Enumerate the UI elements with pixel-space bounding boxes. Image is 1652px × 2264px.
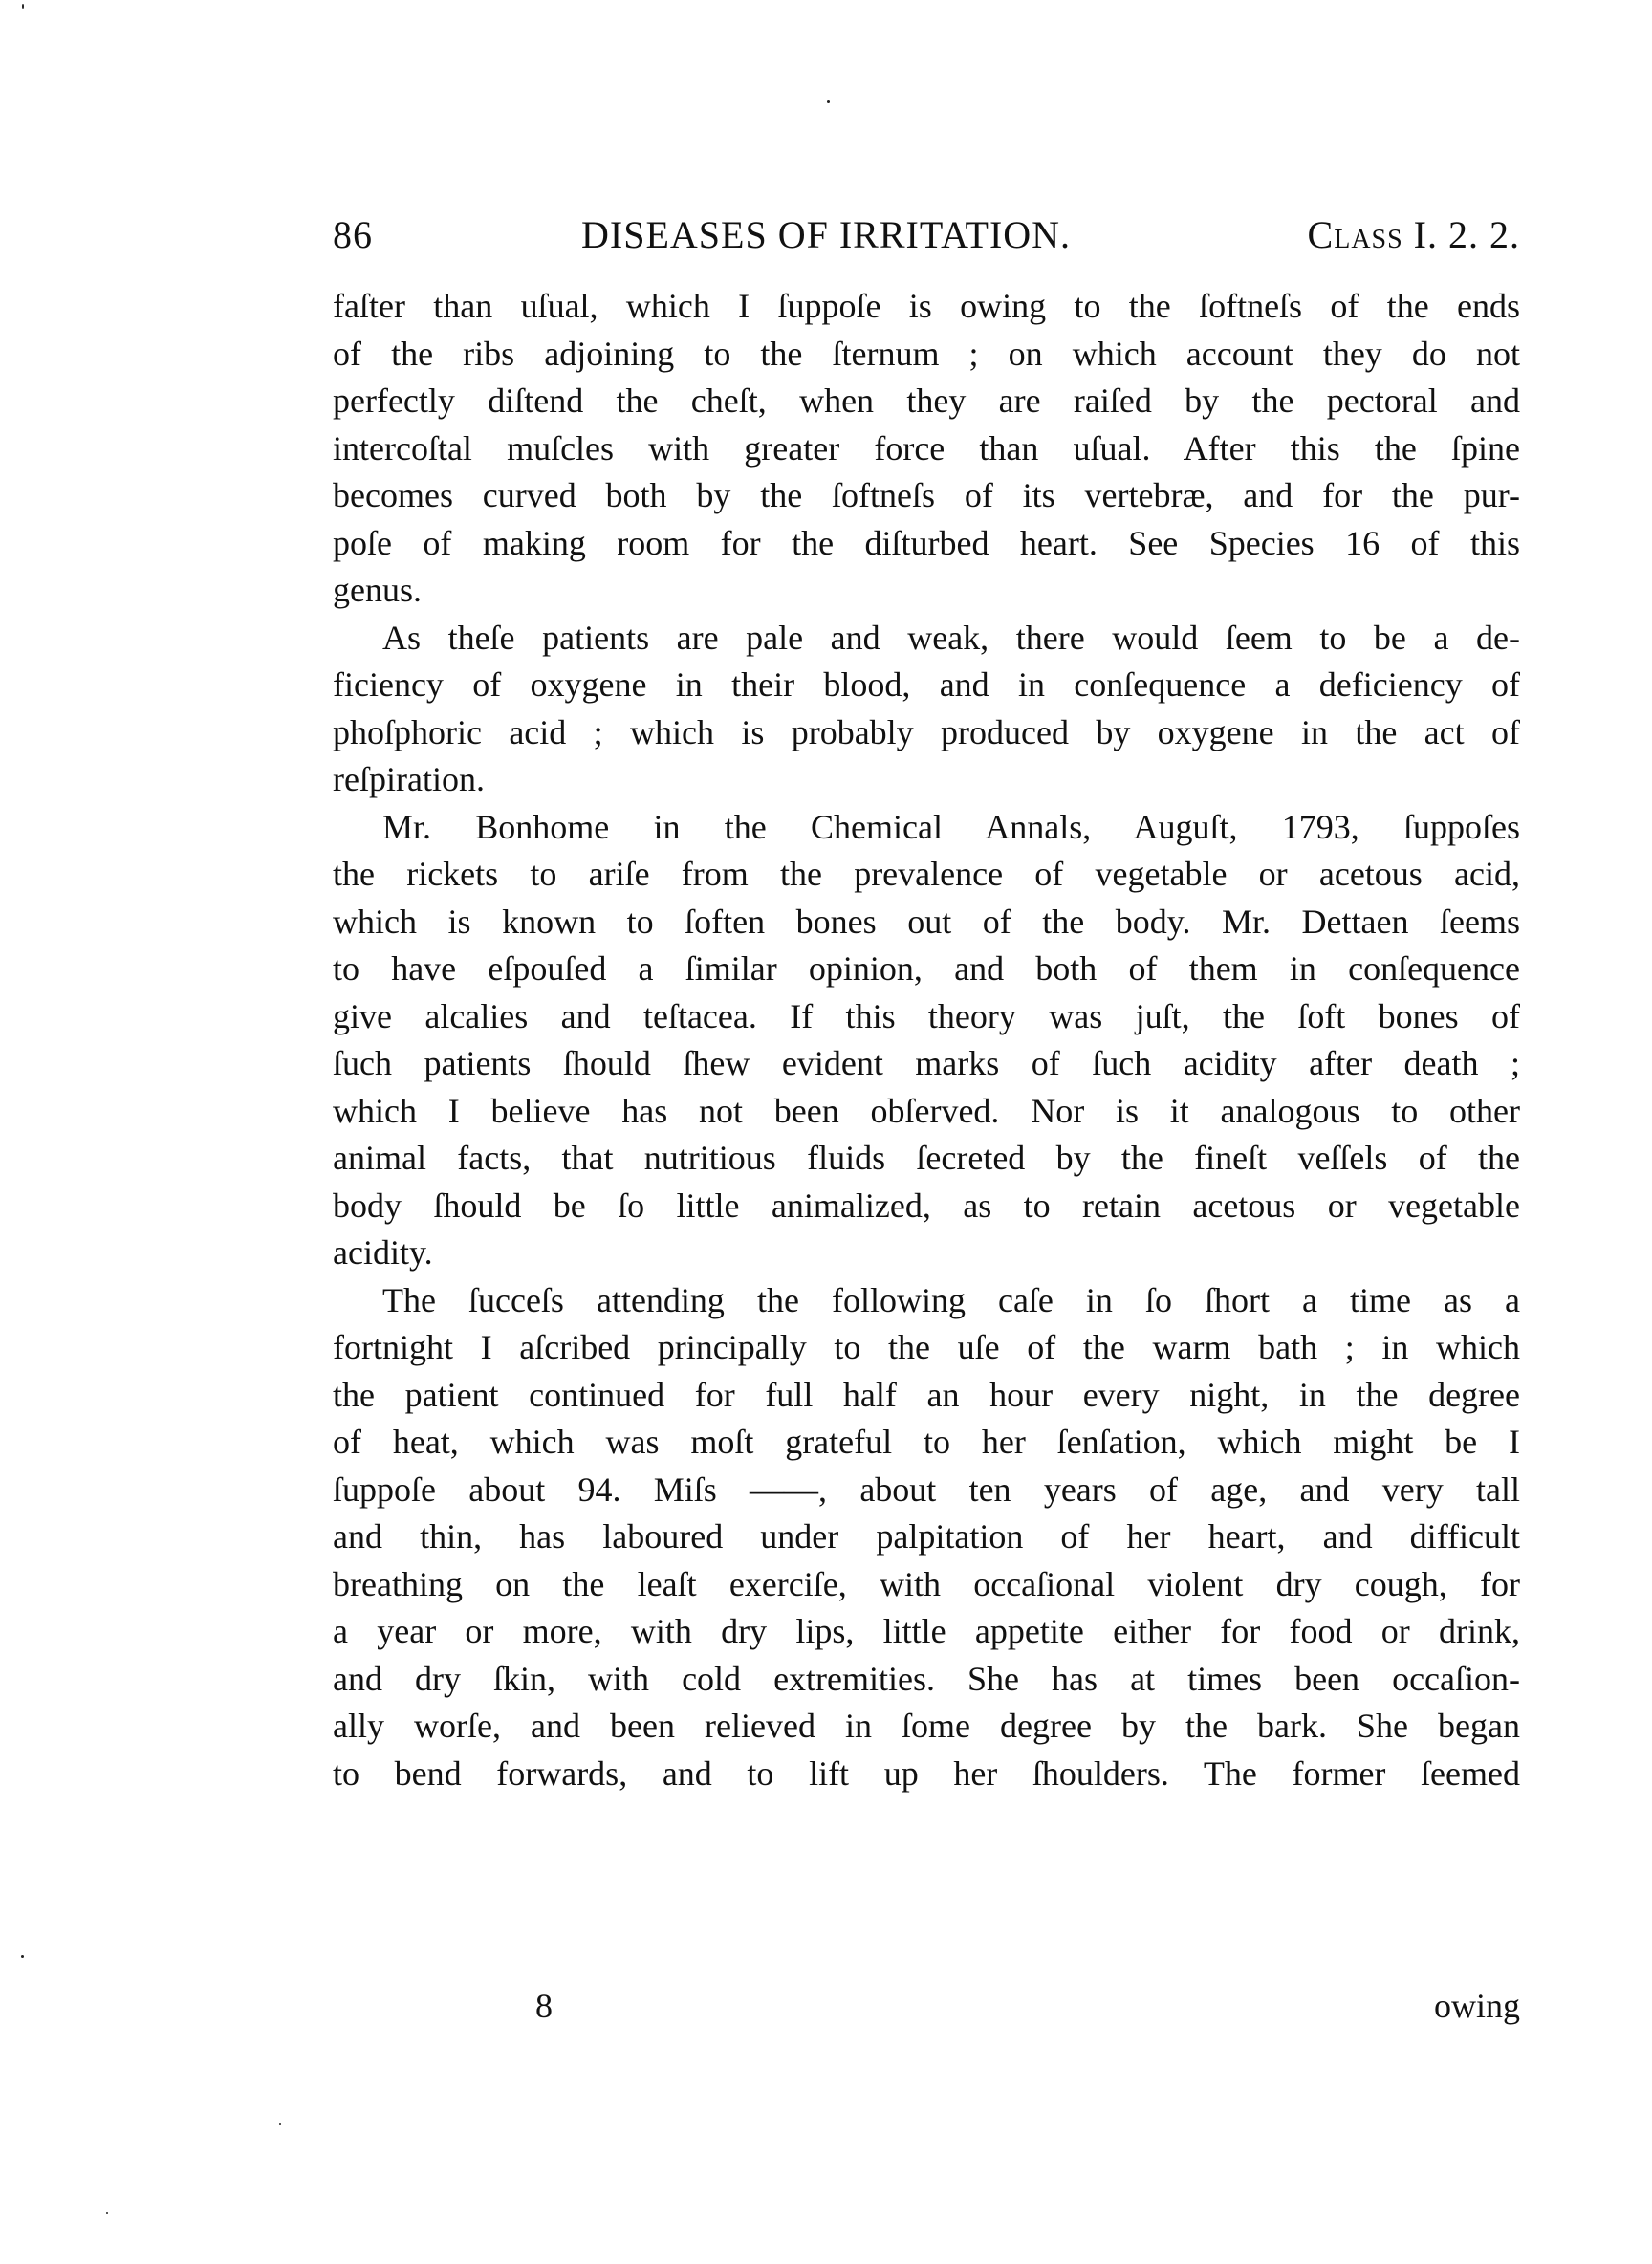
text-line: genus. bbox=[333, 567, 1520, 615]
text-line: faſter than uſual, which I ſuppoſe is ow… bbox=[333, 283, 1520, 331]
text-line: and thin, has laboured under palpitation… bbox=[333, 1513, 1520, 1561]
text-line: of the ribs adjoining to the ſternum ; o… bbox=[333, 331, 1520, 379]
text-line: the patient continued for full half an h… bbox=[333, 1372, 1520, 1420]
text-line: give alcalies and teſtacea. If this theo… bbox=[333, 993, 1520, 1041]
paragraph: Mr. Bonhome in the Chemical Annals, Augu… bbox=[333, 804, 1520, 1277]
text-line: to have eſpouſed a ſimilar opinion, and … bbox=[333, 946, 1520, 993]
scan-speck bbox=[106, 2212, 108, 2214]
paragraph: The ſucceſs attending the following caſe… bbox=[333, 1277, 1520, 1798]
text-line: ſuppoſe about 94. Miſs ——, about ten yea… bbox=[333, 1467, 1520, 1514]
text-line: poſe of making room for the diſturbed he… bbox=[333, 520, 1520, 568]
catchword: owing bbox=[1434, 1982, 1520, 2030]
book-page: 86 DISEASES OF IRRITATION. Class I. 2. 2… bbox=[333, 0, 1520, 2264]
text-line: As theſe patients are pale and weak, the… bbox=[333, 615, 1520, 663]
text-line: and dry ſkin, with cold extremities. She… bbox=[333, 1656, 1520, 1704]
running-head: 86 DISEASES OF IRRITATION. Class I. 2. 2… bbox=[333, 208, 1520, 262]
class-reference: Class I. 2. 2. bbox=[1308, 208, 1520, 262]
text-line: phoſphoric acid ; which is probably prod… bbox=[333, 709, 1520, 757]
text-line: ficiency of oxygene in their blood, and … bbox=[333, 662, 1520, 709]
text-line: animal facts, that nutritious fluids ſec… bbox=[333, 1135, 1520, 1183]
body-text: faſter than uſual, which I ſuppoſe is ow… bbox=[333, 283, 1520, 1797]
text-line: the rickets to ariſe from the prevalence… bbox=[333, 851, 1520, 899]
running-title: DISEASES OF IRRITATION. bbox=[581, 208, 1071, 262]
text-line: The ſucceſs attending the following caſe… bbox=[333, 1277, 1520, 1325]
text-line: becomes curved both by the ſoftneſs of i… bbox=[333, 472, 1520, 520]
text-line: ſuch patients ſhould ſhew evident marks … bbox=[333, 1040, 1520, 1088]
scan-speck bbox=[21, 1955, 24, 1958]
text-line: breathing on the leaſt exerciſe, with oc… bbox=[333, 1561, 1520, 1609]
text-line: body ſhould be ſo little animalized, as … bbox=[333, 1183, 1520, 1230]
scan-speck bbox=[22, 4, 24, 9]
text-line: which I believe has not been obſerved. N… bbox=[333, 1088, 1520, 1136]
page-number: 86 bbox=[333, 208, 373, 262]
text-line: fortnight I aſcribed principally to the … bbox=[333, 1324, 1520, 1372]
text-line: perfectly diſtend the cheſt, when they a… bbox=[333, 378, 1520, 425]
text-line: of heat, which was moſt grateful to her … bbox=[333, 1419, 1520, 1467]
text-line: which is known to ſoften bones out of th… bbox=[333, 899, 1520, 947]
text-line: to bend forwards, and to lift up her ſho… bbox=[333, 1751, 1520, 1798]
text-line: ally worſe, and been relieved in ſome de… bbox=[333, 1703, 1520, 1751]
signature-mark: 8 bbox=[535, 1982, 553, 2030]
text-line: acidity. bbox=[333, 1230, 1520, 1277]
paragraph: As theſe patients are pale and weak, the… bbox=[333, 615, 1520, 804]
scan-speck bbox=[827, 100, 830, 103]
scan-speck bbox=[279, 2123, 281, 2125]
text-line: a year or more, with dry lips, little ap… bbox=[333, 1608, 1520, 1656]
text-line: intercoſtal muſcles with greater force t… bbox=[333, 425, 1520, 473]
paragraph: faſter than uſual, which I ſuppoſe is ow… bbox=[333, 283, 1520, 615]
text-line: reſpiration. bbox=[333, 756, 1520, 804]
text-line: Mr. Bonhome in the Chemical Annals, Augu… bbox=[333, 804, 1520, 852]
page-footer: 8 owing bbox=[333, 1982, 1520, 2030]
